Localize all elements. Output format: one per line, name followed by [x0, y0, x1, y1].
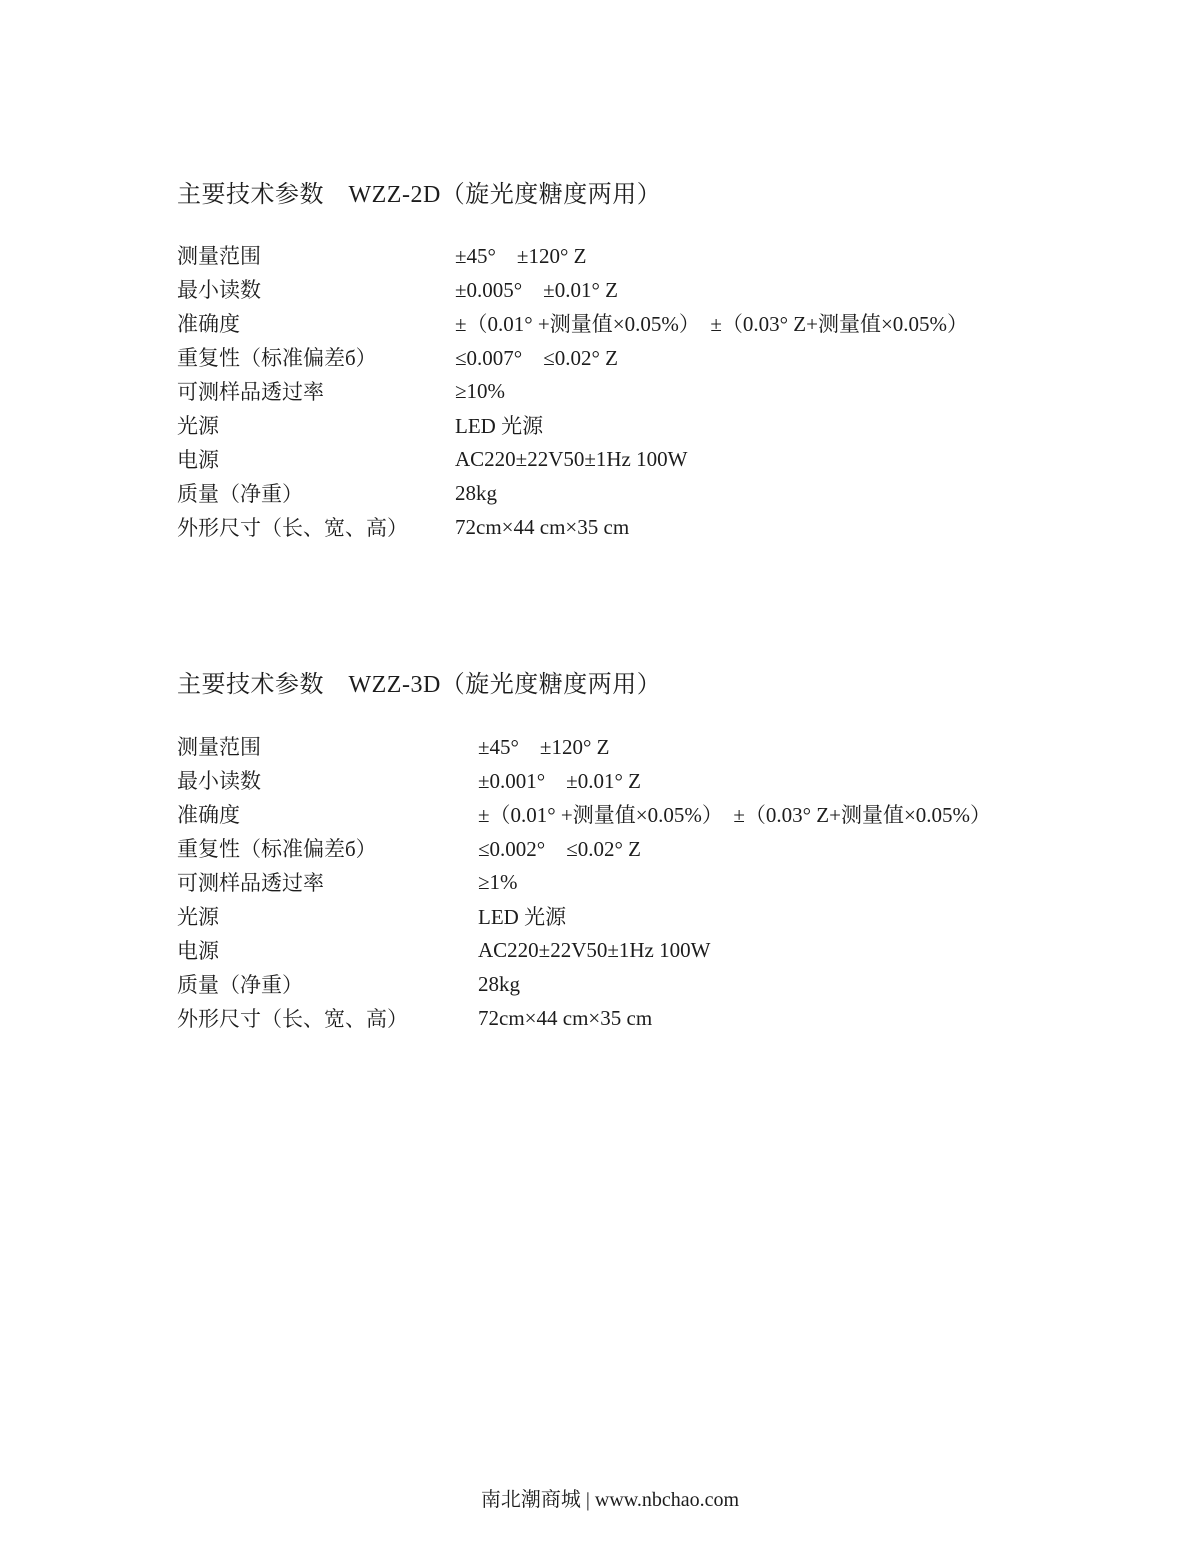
spec-label: 测量范围: [177, 240, 455, 270]
spec-value: 28kg: [455, 481, 497, 506]
spec-value: ±0.005° ±0.01° Z: [455, 274, 618, 304]
spec-row-measure-range: 测量范围 ±45° ±120° Z: [177, 238, 968, 272]
spec-value: ≥1%: [478, 870, 518, 895]
spec-label: 可测样品透过率: [177, 376, 455, 406]
spec-row-transmittance: 可测样品透过率 ≥1%: [177, 865, 991, 899]
spec-row-light-source: 光源 LED 光源: [177, 408, 968, 442]
spec-value: ±（0.01° +测量值×0.05%） ±（0.03° Z+测量值×0.05%）: [455, 308, 968, 338]
spec-row-repeatability: 重复性（标准偏差б） ≤0.002° ≤0.02° Z: [177, 831, 991, 865]
footer-text: 南北潮商城 | www.nbchao.com: [481, 1489, 739, 1511]
spec-label: 最小读数: [177, 765, 478, 795]
section-title-wzz-2d: 主要技术参数 WZZ-2D（旋光度糖度两用）: [177, 174, 661, 209]
spec-row-weight: 质量（净重） 28kg: [177, 476, 968, 510]
spec-value: 28kg: [478, 972, 520, 997]
spec-row-power: 电源 AC220±22V50±1Hz 100W: [177, 442, 968, 476]
spec-row-dimensions: 外形尺寸（长、宽、高） 72cm×44 cm×35 cm: [177, 510, 968, 544]
spec-value: ±（0.01° +测量值×0.05%） ±（0.03° Z+测量值×0.05%）: [478, 799, 991, 829]
spec-label: 电源: [177, 935, 478, 965]
spec-label: 外形尺寸（长、宽、高）: [177, 1003, 478, 1033]
spec-row-accuracy: 准确度 ±（0.01° +测量值×0.05%） ±（0.03° Z+测量值×0.…: [177, 306, 968, 340]
spec-value: LED 光源: [478, 901, 566, 931]
spec-label: 准确度: [177, 308, 455, 338]
spec-row-weight: 质量（净重） 28kg: [177, 967, 991, 1001]
spec-row-min-reading: 最小读数 ±0.001° ±0.01° Z: [177, 763, 991, 797]
spec-table-wzz-2d: 测量范围 ±45° ±120° Z 最小读数 ±0.005° ±0.01° Z …: [177, 238, 968, 544]
spec-value: AC220±22V50±1Hz 100W: [478, 938, 710, 963]
spec-value: ≤0.002° ≤0.02° Z: [478, 833, 641, 863]
spec-label: 准确度: [177, 799, 478, 829]
spec-row-accuracy: 准确度 ±（0.01° +测量值×0.05%） ±（0.03° Z+测量值×0.…: [177, 797, 991, 831]
spec-row-power: 电源 AC220±22V50±1Hz 100W: [177, 933, 991, 967]
spec-row-light-source: 光源 LED 光源: [177, 899, 991, 933]
spec-label: 可测样品透过率: [177, 867, 478, 897]
spec-label: 测量范围: [177, 731, 478, 761]
spec-label: 光源: [177, 410, 455, 440]
spec-row-min-reading: 最小读数 ±0.005° ±0.01° Z: [177, 272, 968, 306]
spec-row-repeatability: 重复性（标准偏差б） ≤0.007° ≤0.02° Z: [177, 340, 968, 374]
spec-value: AC220±22V50±1Hz 100W: [455, 447, 687, 472]
spec-label: 光源: [177, 901, 478, 931]
section-title-wzz-3d: 主要技术参数 WZZ-3D（旋光度糖度两用）: [177, 664, 661, 699]
spec-value: ±0.001° ±0.01° Z: [478, 765, 641, 795]
spec-label: 电源: [177, 444, 455, 474]
spec-value: ±45° ±120° Z: [478, 731, 609, 761]
spec-value: ≤0.007° ≤0.02° Z: [455, 342, 618, 372]
spec-row-transmittance: 可测样品透过率 ≥10%: [177, 374, 968, 408]
spec-label: 质量（净重）: [177, 969, 478, 999]
spec-value: LED 光源: [455, 410, 543, 440]
spec-value: 72cm×44 cm×35 cm: [478, 1006, 652, 1031]
spec-table-wzz-3d: 测量范围 ±45° ±120° Z 最小读数 ±0.001° ±0.01° Z …: [177, 729, 991, 1035]
spec-row-dimensions: 外形尺寸（长、宽、高） 72cm×44 cm×35 cm: [177, 1001, 991, 1035]
spec-label: 重复性（标准偏差б）: [177, 342, 455, 372]
spec-value: ≥10%: [455, 379, 505, 404]
spec-label: 质量（净重）: [177, 478, 455, 508]
spec-label: 外形尺寸（长、宽、高）: [177, 512, 455, 542]
page-footer: 南北潮商城 | www.nbchao.com: [0, 1460, 1200, 1535]
spec-row-measure-range: 测量范围 ±45° ±120° Z: [177, 729, 991, 763]
spec-label: 最小读数: [177, 274, 455, 304]
spec-value: ±45° ±120° Z: [455, 240, 586, 270]
spec-label: 重复性（标准偏差б）: [177, 833, 478, 863]
spec-value: 72cm×44 cm×35 cm: [455, 515, 629, 540]
